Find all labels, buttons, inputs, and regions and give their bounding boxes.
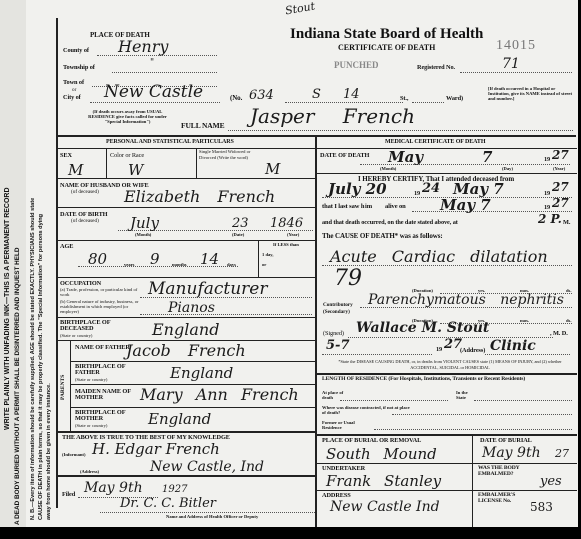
occupation-label: OCCUPATION [60,280,101,287]
color-value: W [128,161,143,179]
license-value: 583 [530,500,553,514]
father-birthplace-label: BIRTHPLACE OF FATHER [75,364,135,376]
filed-year: 1927 [162,484,187,495]
undertaker-label: UNDERTAKER [322,465,365,472]
county-value: Henry [118,37,168,56]
city-value: New Castle [104,82,203,102]
dob-year: 1846 [270,216,303,231]
side-note-nb-1: N. B.—Every item of information should b… [30,198,36,520]
registered-number: 71 [502,56,520,72]
side-note-permanent-record: WRITE PLAINLY WITH UNFADING INK—THIS IS … [4,187,11,430]
dob-month: July [130,214,159,232]
father-birthplace-value: England [170,364,233,382]
embalmed-value: yes [540,474,562,489]
form-left-border [56,18,58,508]
mother-birthplace-value: England [148,410,211,428]
undertaker-address-value: New Castle Ind [330,499,440,515]
sign-address: Clinic [490,338,536,354]
punched-stamp: PUNCHED [334,60,379,70]
undertaker-address-label: ADDRESS [322,492,351,499]
filed-date: May 9th [84,480,143,496]
board-title: Indiana State Board of Health [290,26,483,43]
cause-duration: 79 [334,266,362,291]
center-divider [315,135,317,527]
town-label: Town of [63,79,84,86]
contributory-cause: Parenchymatous nephritis [368,292,564,308]
birthplace-label: BIRTHPLACE OF DECEASED [60,320,120,332]
dob-label: DATE OF BIRTH [60,211,107,218]
industry-value: Pianos [168,300,215,316]
city-label: City of [63,94,81,101]
street-name: S 14 [312,87,360,102]
certificate-title: CERTIFICATE OF DEATH [338,43,435,52]
informant-address: New Castle, Ind [150,459,264,475]
death-certificate: WRITE PLAINLY WITH UNFADING INK—THIS IS … [0,0,578,527]
burial-date-label: DATE OF BURIAL [480,437,532,444]
attended-from: July 20 [328,180,387,198]
license-label: EMBALMER'S LICENSE No. [478,492,528,504]
birthplace-value: England [152,320,219,339]
informant-value: H. Edgar French [92,440,220,458]
burial-place-value: South Mound [326,445,437,463]
age-label: AGE [60,243,73,250]
father-value: Jacob French [126,341,246,360]
burial-place-label: PLACE OF BURIAL OR REMOVAL [322,437,421,444]
certificate-number: 14015 [496,38,536,54]
residence-label: LENGTH OF RESIDENCE (For Hospitals, Inst… [322,376,572,382]
medical-heading: MEDICAL CERTIFICATE OF DEATH [385,139,485,145]
filed-label: Filed [62,491,75,498]
dod-year: 27 [552,148,569,162]
mother-birthplace-label: BIRTHPLACE OF MOTHER [75,410,135,422]
time-of-death: 2 P. [538,212,562,226]
last-saw-year: 27 [552,196,569,210]
full-name-value: Jasper French [250,104,415,128]
color-label: Color or Race [110,152,144,159]
stamp-stout: Stout [284,0,316,18]
burial-date-value: May 9th [482,445,541,461]
side-note-disinterred: A DEAD BODY BURIED WITHOUT A PERMIT SHAL… [14,247,21,525]
cause-of-death: Acute Cardiac dilatation [330,247,548,266]
undertaker-value: Frank Stanley [326,472,441,490]
sign-date: 5-7 [326,338,350,353]
side-note-nb-2: CAUSE OF DEATH in plain terms, so that i… [38,214,44,520]
attended-from-year: 24 [422,181,440,196]
age-months: 9 [150,250,160,268]
health-officer-label: Name and Address of Health Officer or De… [166,514,258,519]
hospital-note: [If death occurred in a Hospital or Inst… [488,86,574,101]
usual-residence-note: (If death occurs away from USUAL RESIDEN… [80,109,175,124]
personal-heading: PERSONAL AND STATISTICAL PARTICULARS [106,139,234,145]
dod-month: May [388,148,423,166]
marital-options: Single Married Widowed or Divorced (Writ… [199,149,257,160]
spouse-value: Elizabeth French [124,187,275,206]
parents-label: PARENTS [60,375,66,400]
township-label: Township of [63,64,95,71]
county-label: County of [63,47,89,54]
sex-value: M [68,161,83,179]
age-days: 14 [200,250,219,268]
attended-to-year: 27 [552,180,569,194]
street-number: 634 [249,88,274,103]
full-name-label: FULL NAME [181,121,224,130]
registered-label: Registered No. [417,64,455,71]
physician-signature: Wallace M. Stout [356,320,489,336]
embalmed-label: WAS THE BODY EMBALMED? [478,465,548,477]
side-note-nb-3: away from home should be given in every … [46,383,52,520]
sex-label: SEX [60,152,72,159]
cause-footnote: *State the DISEASE CAUSING DEATH, or, in… [330,359,570,370]
health-officer-signature: Dr. C. C. Bitler [120,496,216,511]
dod-day: 7 [482,148,492,166]
date-of-death-label: DATE OF DEATH [320,152,369,159]
burial-year: 27 [555,447,569,460]
cause-label: The CAUSE OF DEATH* was as follows: [322,232,443,240]
mother-label: MAIDEN NAME OF MOTHER [75,389,140,401]
dob-day: 23 [232,216,249,231]
marital-value: M [265,160,280,178]
township-value: " [150,58,154,68]
occupation-value: Manufacturer [148,279,267,299]
mother-value: Mary Ann French [140,385,299,404]
